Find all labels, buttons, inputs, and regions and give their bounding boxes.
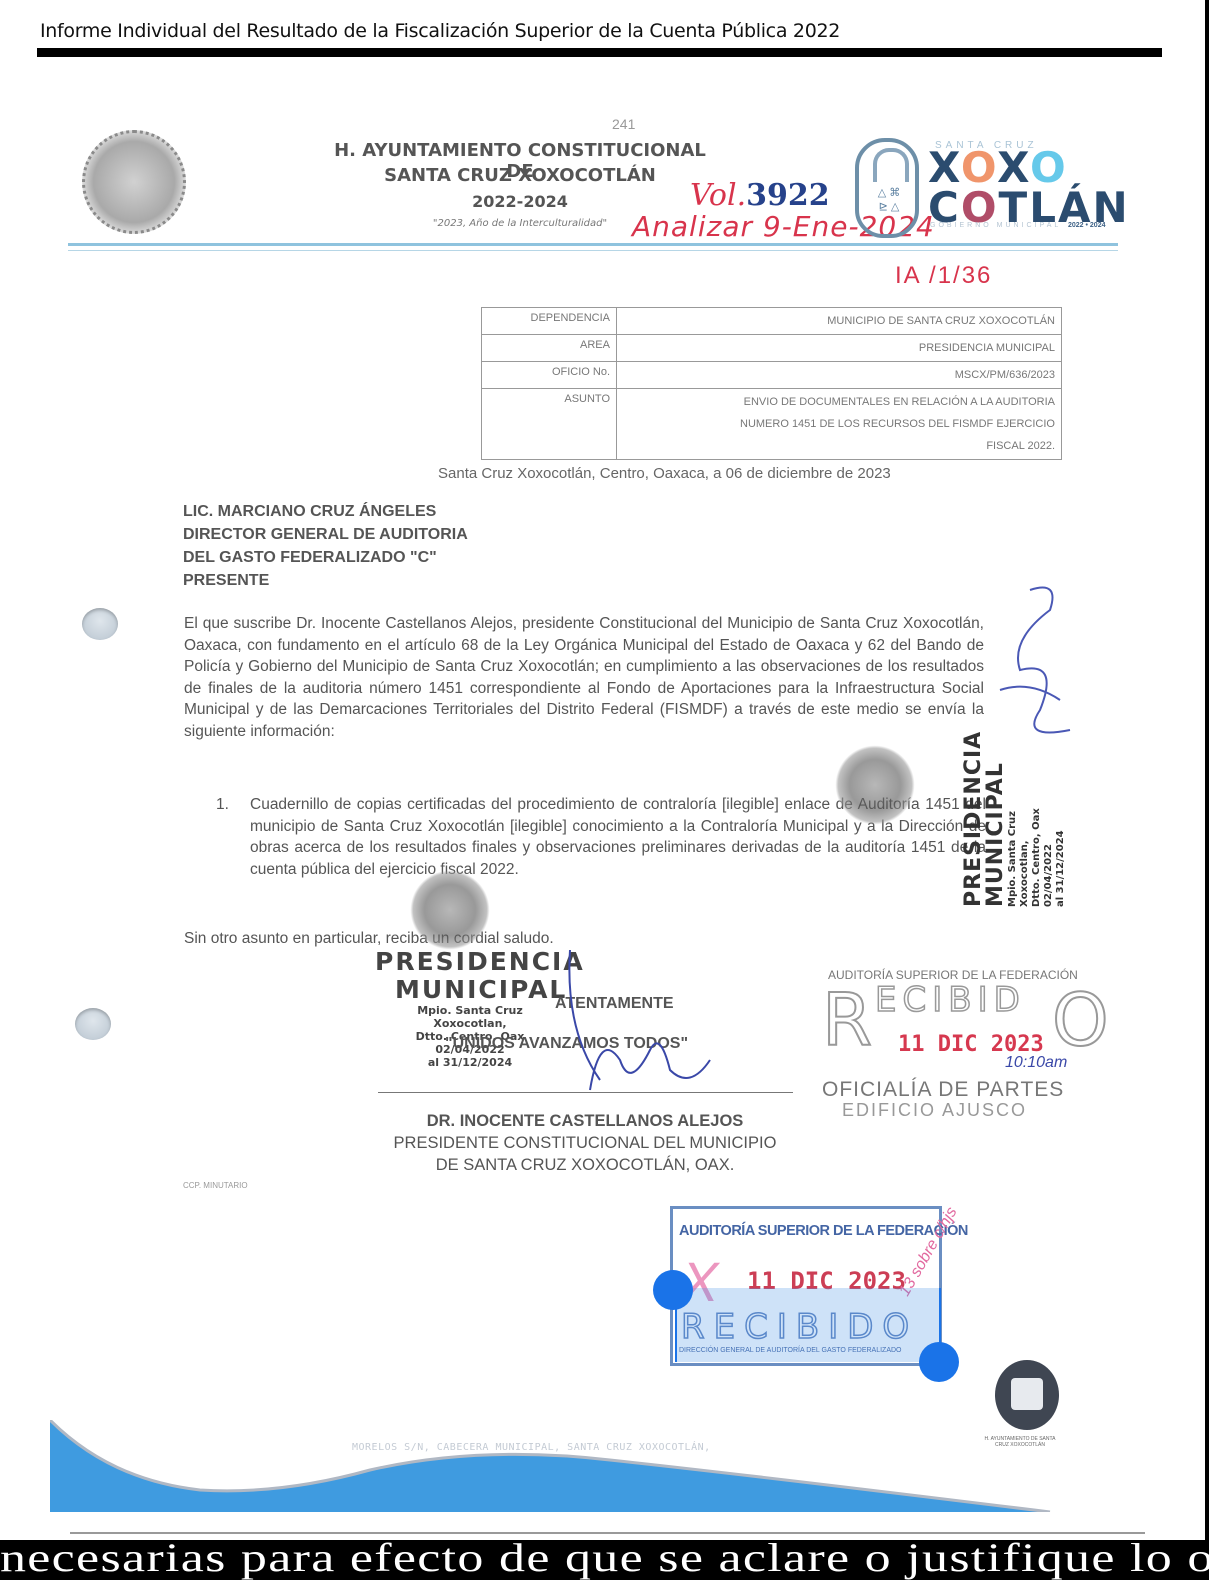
- logo-years: 2022 • 2024: [1068, 222, 1106, 229]
- stamp-o: O: [1052, 978, 1109, 1062]
- vol-number: 3922: [746, 178, 830, 213]
- mexican-seal-ring: [82, 130, 186, 234]
- signer-title: PRESIDENTE CONSTITUCIONAL DEL MUNICIPIO: [345, 1132, 825, 1154]
- info-value-line: FISCAL 2022.: [623, 435, 1055, 457]
- signer-title2: DE SANTA CRUZ XOXOCOTLÁN, OAX.: [345, 1154, 825, 1176]
- info-value: MUNICIPIO DE SANTA CRUZ XOXOCOTLÁN: [617, 308, 1062, 335]
- info-value-line: MUNICIPIO DE SANTA CRUZ XOXOCOTLÁN: [623, 310, 1055, 332]
- info-value-line: ENVIO DE DOCUMENTALES EN RELACIÓN A LA A…: [623, 391, 1055, 413]
- letterhead-line3: 2022-2024: [330, 192, 710, 211]
- body-paragraph: El que suscribe Dr. Inocente Castellanos…: [184, 613, 984, 742]
- info-table-row: AREAPRESIDENCIA MUNICIPAL: [482, 335, 1062, 362]
- info-value-line: PRESIDENCIA MUNICIPAL: [623, 337, 1055, 359]
- info-table-row: OFICIO No.MSCX/PM/636/2023: [482, 362, 1062, 389]
- info-key: DEPENDENCIA: [482, 308, 617, 335]
- info-table-row: DEPENDENCIAMUNICIPIO DE SANTA CRUZ XOXOC…: [482, 308, 1062, 335]
- page-mark: 241: [612, 116, 635, 132]
- xoxo-shield-icon: △ ⌘ ⊵ △: [855, 138, 919, 238]
- logo-word1: XOXO: [928, 148, 1130, 188]
- addressee-name: LIC. MARCIANO CRUZ ÁNGELES: [183, 500, 468, 523]
- asf-oficialia-stamp: AUDITORÍA SUPERIOR DE LA FEDERACIÓN R EC…: [820, 960, 1100, 1130]
- page-edge: [1205, 0, 1209, 1540]
- info-value-line: MSCX/PM/636/2023: [623, 364, 1055, 386]
- footer-seal-icon: [995, 1360, 1059, 1430]
- signature-scribble-right: [990, 580, 1080, 750]
- stamp-line: Xoxocotlan,: [395, 1017, 545, 1030]
- closing-line: Sin otro asunto en particular, reciba un…: [184, 930, 554, 948]
- next-page-text: necesarias para efecto de que se aclare …: [0, 1540, 1209, 1580]
- handwritten-ia-code: IA /1/36: [895, 262, 992, 290]
- footer-seal-caption: H. AYUNTAMIENTO DE SANTA CRUZ XOXOCOTLÁN: [980, 1436, 1060, 1448]
- hole-punch-bottom: [75, 1008, 111, 1040]
- stamp-line: Mpio. Santa Cruz: [395, 1004, 545, 1017]
- addressee-presente: PRESENTE: [183, 569, 468, 592]
- stamp-office: OFICIALÍA DE PARTES: [822, 1078, 1064, 1102]
- info-key: OFICIO No.: [482, 362, 617, 389]
- signer-block: DR. INOCENTE CASTELLANOS ALEJOS PRESIDEN…: [345, 1110, 825, 1176]
- stamp-building: EDIFICIO AJUSCO: [842, 1100, 1027, 1121]
- logo-subtitle: GOBIERNO MUNICIPAL: [930, 222, 1061, 229]
- addressee-title2: DEL GASTO FEDERALIZADO "C": [183, 546, 468, 569]
- header-divider-thin: [68, 250, 1118, 251]
- list-number: 1.: [216, 794, 229, 816]
- footer-wave: [50, 1420, 1110, 1512]
- round-seal-icon: [410, 870, 490, 950]
- info-value: MSCX/PM/636/2023: [617, 362, 1062, 389]
- selection-handle-start[interactable]: [653, 1270, 693, 1310]
- text-selection-highlight[interactable]: [675, 1288, 941, 1362]
- header-divider: [68, 243, 1118, 246]
- signature-line: [378, 1092, 793, 1093]
- hole-punch-top: [82, 608, 118, 640]
- xoxo-logo: XOXO COTLÁN: [928, 148, 1130, 228]
- next-page-strip: necesarias para efecto de que se aclare …: [0, 1540, 1209, 1580]
- vol-label: Vol.: [690, 178, 746, 213]
- stamp-line: PRESIDENCIA: [963, 617, 985, 907]
- stamp-top: AUDITORÍA SUPERIOR DE LA FEDERACIÓN: [679, 1223, 968, 1239]
- signature-scribble: [540, 940, 740, 1100]
- info-table: DEPENDENCIAMUNICIPIO DE SANTA CRUZ XOXOC…: [481, 307, 1062, 460]
- round-seal-icon: [835, 745, 915, 825]
- selection-handle-end[interactable]: [919, 1342, 959, 1382]
- stamp-ecibid: ECIBID: [875, 980, 1026, 1020]
- handwritten-volume: Vol.3922: [690, 178, 830, 213]
- footer-address: MORELOS S/N, CABECERA MUNICIPAL, SANTA C…: [352, 1442, 711, 1453]
- footer-rule: [70, 1532, 1145, 1534]
- addressee-title: DIRECTOR GENERAL DE AUDITORIA: [183, 523, 468, 546]
- ccp: CCP. MINUTARIO: [183, 1181, 248, 1190]
- stamp-line: al 31/12/2024: [395, 1056, 545, 1069]
- shield-glyphs: △ ⌘ ⊵ △: [873, 186, 905, 214]
- title-rule: [37, 48, 1162, 57]
- info-value-line: NUMERO 1451 DE LOS RECURSOS DEL FISMDF E…: [623, 413, 1055, 435]
- stamp-time: 10:10am: [1005, 1054, 1067, 1072]
- info-value: ENVIO DE DOCUMENTALES EN RELACIÓN A LA A…: [617, 389, 1062, 460]
- signer-name: DR. INOCENTE CASTELLANOS ALEJOS: [345, 1110, 825, 1132]
- info-value: PRESIDENCIA MUNICIPAL: [617, 335, 1062, 362]
- info-key: AREA: [482, 335, 617, 362]
- info-key: ASUNTO: [482, 389, 617, 460]
- info-table-row: ASUNTOENVIO DE DOCUMENTALES EN RELACIÓN …: [482, 389, 1062, 460]
- date-line: Santa Cruz Xoxocotlán, Centro, Oaxaca, a…: [438, 465, 891, 482]
- stamp-r: R: [822, 978, 872, 1062]
- report-title: Informe Individual del Resultado de la F…: [40, 20, 840, 42]
- addressee-block: LIC. MARCIANO CRUZ ÁNGELES DIRECTOR GENE…: [183, 500, 468, 592]
- letterhead-line2: SANTA CRUZ XOXOCOTLÁN: [330, 165, 710, 186]
